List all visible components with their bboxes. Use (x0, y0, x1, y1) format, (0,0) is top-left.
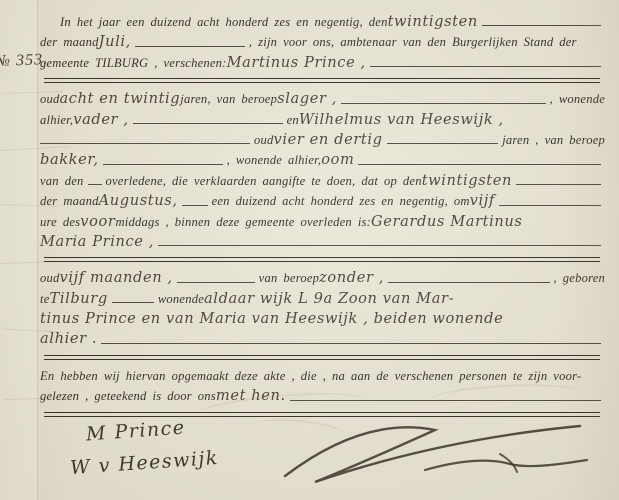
blank-rule (482, 25, 601, 26)
blank-rule (112, 302, 154, 303)
handwritten-entry: Tilburg (50, 289, 108, 309)
printed-text: oud (40, 89, 60, 109)
blank-rule (290, 400, 601, 401)
handwritten-entry: vijf maanden , (60, 268, 173, 288)
printed-text: en (287, 110, 299, 130)
handwritten-entry: vader , (73, 110, 128, 130)
blank-rule (103, 164, 223, 165)
blank-rule (516, 184, 601, 185)
printed-text: oud (254, 130, 274, 150)
blank-rule (388, 282, 549, 283)
handwritten-entry: Maria Prince , (40, 232, 154, 252)
blank-rule (182, 205, 208, 206)
blank-rule (135, 46, 245, 47)
handwritten-entry: aldaar wijk L 9a Zoon van Mar- (204, 289, 454, 309)
section-divider (44, 257, 600, 262)
handwritten-entry: Gerardus Martinus (371, 212, 522, 232)
record-line: alhier, vader , en Wilhelmus van Heeswij… (40, 110, 605, 130)
handwritten-entry: vijf (470, 191, 495, 211)
handwritten-entry: voor (80, 212, 115, 232)
record-line: oud vier en dertig jaren , van beroep (40, 130, 605, 150)
handwritten-entry: slager , (277, 89, 337, 109)
printed-text: jaren, van beroep (180, 89, 277, 109)
printed-text: middags , binnen deze gemeente overleden… (115, 212, 371, 232)
printed-text: , geboren (554, 268, 606, 288)
record-line: te Tilburg wonende aldaar wijk L 9a Zoon… (40, 289, 605, 309)
printed-text: gemeente TILBURG , verschenen: (40, 53, 227, 73)
blank-rule (341, 103, 546, 104)
printed-text: een duizend acht honderd zes en negentig… (212, 191, 470, 211)
official-signature-flourish (275, 408, 595, 488)
handwritten-entry: Wilhelmus van Heeswijk , (299, 110, 504, 130)
record-line: der maand Augustus, een duizend acht hon… (40, 191, 605, 211)
handwritten-entry: bakker, (40, 150, 99, 170)
record-body: In het jaar een duizend acht honderd zes… (40, 12, 605, 423)
handwritten-entry: twintigsten (422, 171, 512, 191)
section-divider (44, 355, 600, 360)
blank-rule (101, 343, 601, 344)
printed-text: , wonende alhier, (227, 150, 322, 170)
record-line: tinus Prince en van Maria van Heeswijk ,… (40, 309, 605, 329)
printed-text: der maand (40, 32, 99, 52)
handwritten-entry: Martinus Prince , (227, 53, 366, 73)
record-line: der maand Juli, , zijn voor ons, ambtena… (40, 32, 605, 52)
record-line: En hebben wij hiervan opgemaakt deze akt… (40, 366, 605, 386)
blank-rule (40, 143, 250, 144)
printed-text: En hebben wij hiervan opgemaakt deze akt… (40, 366, 581, 386)
blank-rule (358, 164, 601, 165)
record-line: oud acht en twintig jaren, van beroep sl… (40, 89, 605, 109)
printed-text: , zijn voor ons, ambtenaar van den Burge… (249, 32, 577, 52)
blank-rule (499, 205, 601, 206)
printed-text: van den (40, 171, 84, 191)
printed-text: te (40, 289, 50, 309)
printed-text: gelezen , geteekend is door ons (40, 386, 216, 406)
record-line: oud vijf maanden , van beroep zonder , ,… (40, 268, 605, 288)
handwritten-entry: tinus Prince en van Maria van Heeswijk ,… (40, 309, 503, 329)
printed-text: van beroep (259, 268, 319, 288)
printed-text: In het jaar een duizend acht honderd zes… (60, 12, 388, 32)
scanned-death-record: { "page": { "act_number": "№ 353.", "lin… (0, 0, 619, 500)
record-line: gelezen , geteekend is door ons met hen. (40, 386, 605, 406)
blank-rule (133, 123, 283, 124)
record-line: Maria Prince , (40, 232, 605, 252)
handwritten-entry: alhier . (40, 329, 97, 349)
record-line: ure des voor middags , binnen deze gemee… (40, 212, 605, 232)
handwritten-entry: zonder , (319, 268, 384, 288)
printed-text: , wonende (550, 89, 605, 109)
printed-text: oud (40, 268, 60, 288)
handwritten-entry: vier en dertig (274, 130, 383, 150)
section-divider (44, 78, 600, 83)
blank-rule (177, 282, 255, 283)
printed-text: alhier, (40, 110, 73, 130)
printed-text: jaren , van beroep (502, 130, 605, 150)
blank-rule (370, 66, 601, 67)
record-line: gemeente TILBURG , verschenen: Martinus … (40, 53, 605, 73)
printed-text: overledene, die verklaarden aangifte te … (106, 171, 422, 191)
handwritten-entry: oom (321, 150, 354, 170)
record-line: In het jaar een duizend acht honderd zes… (40, 12, 605, 32)
record-line: alhier . (40, 329, 605, 349)
record-line: van den overledene, die verklaarden aang… (40, 171, 605, 191)
blank-rule (88, 184, 102, 185)
blank-rule (387, 143, 499, 144)
witness-signature-heeswijk: W v Heeswijk (69, 447, 219, 479)
handwritten-entry: Augustus, (99, 191, 178, 211)
handwritten-entry: Juli, (99, 32, 131, 52)
handwritten-entry: met hen. (216, 386, 286, 406)
handwritten-entry: twintigsten (388, 12, 478, 32)
handwritten-entry: acht en twintig (60, 89, 181, 109)
printed-text: wonende (158, 289, 204, 309)
printed-text: der maand (40, 191, 99, 211)
blank-rule (158, 245, 601, 246)
page-edge-strip (0, 0, 38, 500)
record-line: bakker, , wonende alhier, oom (40, 150, 605, 170)
printed-text: ure des (40, 212, 80, 232)
